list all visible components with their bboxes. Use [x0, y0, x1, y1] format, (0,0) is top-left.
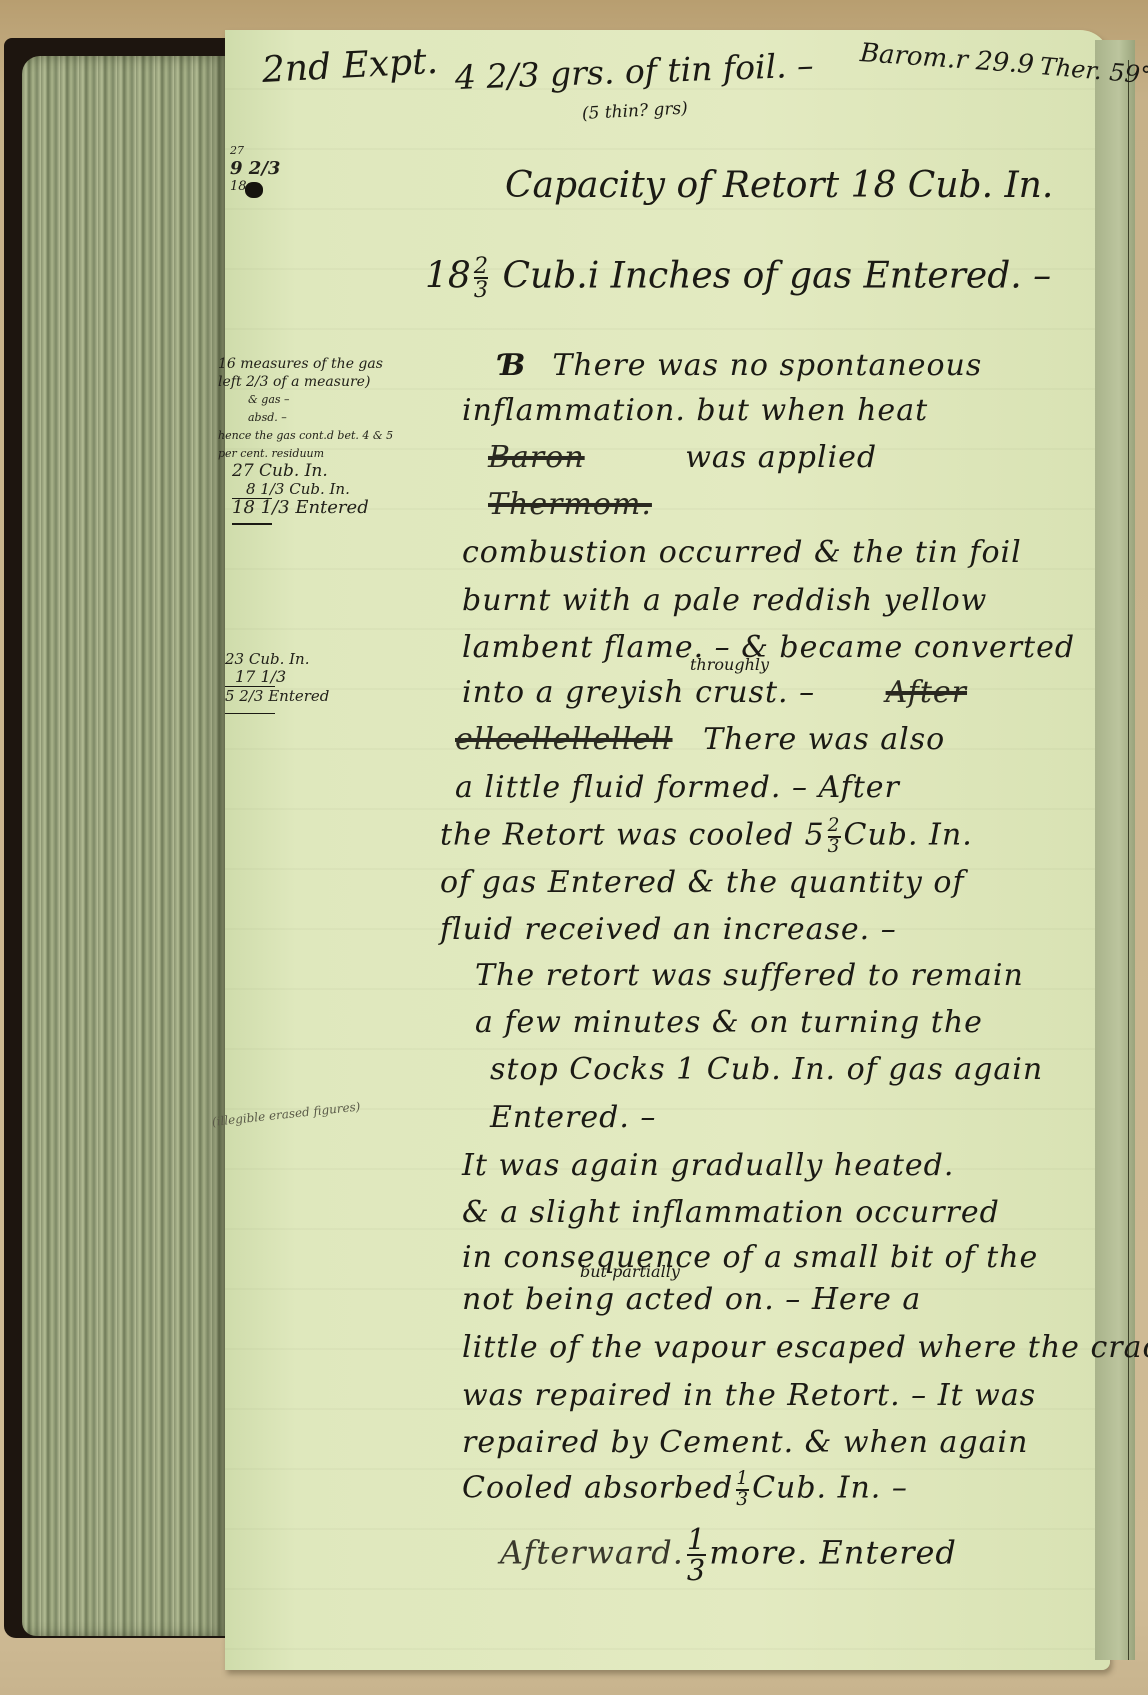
body-line-5: combustion occurred & the tin foil [462, 535, 1022, 570]
margin-residuum-note: 16 measures of the gas left 2/3 of a mea… [218, 355, 393, 463]
body-line-24: repaired by Cement. & when again [462, 1425, 1028, 1460]
body-line-2: inflammation. but when heat [462, 393, 928, 428]
body-line-4: Thermom. [488, 487, 742, 522]
body-line-25: Cooled absorbed13Cub. In. – [462, 1470, 908, 1509]
gutter-line [1128, 60, 1129, 1660]
gas-entered-text: Cub.i Inches of gas Entered. – [502, 255, 1051, 296]
body-line-11: the Retort was cooled 523Cub. In. [440, 817, 973, 856]
interlinear-insert: throughly [690, 655, 769, 674]
ink-blot [245, 182, 263, 198]
gutter-shadow [1095, 40, 1135, 1660]
paragraph-mark: Ɓ [500, 348, 526, 383]
interlinear-insert: but partially [580, 1262, 680, 1281]
body-line-9: ellcellellellell There was also [455, 722, 945, 757]
margin-calc-1: 27 Cub. In. 8 1/3 Cub. In. 18 1/3 Entere… [232, 462, 369, 525]
body-line-13: fluid received an increase. – [440, 912, 897, 947]
body-line-10: a little fluid formed. – After [455, 770, 900, 805]
body-line-14: The retort was suffered to remain [475, 958, 1024, 993]
body-line-3: Baron was applied [488, 440, 877, 475]
body-line-6: burnt with a pale reddish yellow [462, 583, 987, 618]
body-line-20: in consequence of a small bit of the [462, 1240, 1038, 1275]
body-line-18: It was again gradually heated. [462, 1148, 954, 1183]
struck-word: Baron [488, 440, 585, 475]
body-line-19: & a slight inflammation occurred [462, 1195, 1000, 1230]
body-line-23: was repaired in the Retort. – It was [462, 1378, 1036, 1413]
body-line-17: Entered. – [490, 1100, 656, 1135]
capacity-line: Capacity of Retort 18 Cub. In. [505, 165, 1053, 206]
body-line-12: of gas Entered & the quantity of [440, 865, 965, 900]
body-line-16: stop Cocks 1 Cub. In. of gas again [490, 1052, 1043, 1087]
body-line-1: ƁThere was no spontaneous [500, 348, 982, 383]
gas-entered-fraction: 23 [474, 255, 488, 302]
body-line-15: a few minutes & on turning the [475, 1005, 983, 1040]
body-line-26: Afterward.13more. Entered [500, 1525, 957, 1585]
body-line-21: not being acted on. – Here a [462, 1282, 921, 1317]
body-line-8: into a greyish crust. – After [462, 675, 967, 710]
gas-entered-whole: 18 [425, 255, 471, 296]
margin-calc-2: 23 Cub. In. 17 1/3 5 2/3 Entered [225, 650, 329, 714]
body-line-22: little of the vapour escaped where the c… [462, 1330, 1148, 1365]
gas-entered-line: 1823 Cub.i Inches of gas Entered. – [425, 255, 1051, 302]
book-page-edges [22, 56, 227, 1636]
struck-word: Thermom. [488, 487, 742, 522]
